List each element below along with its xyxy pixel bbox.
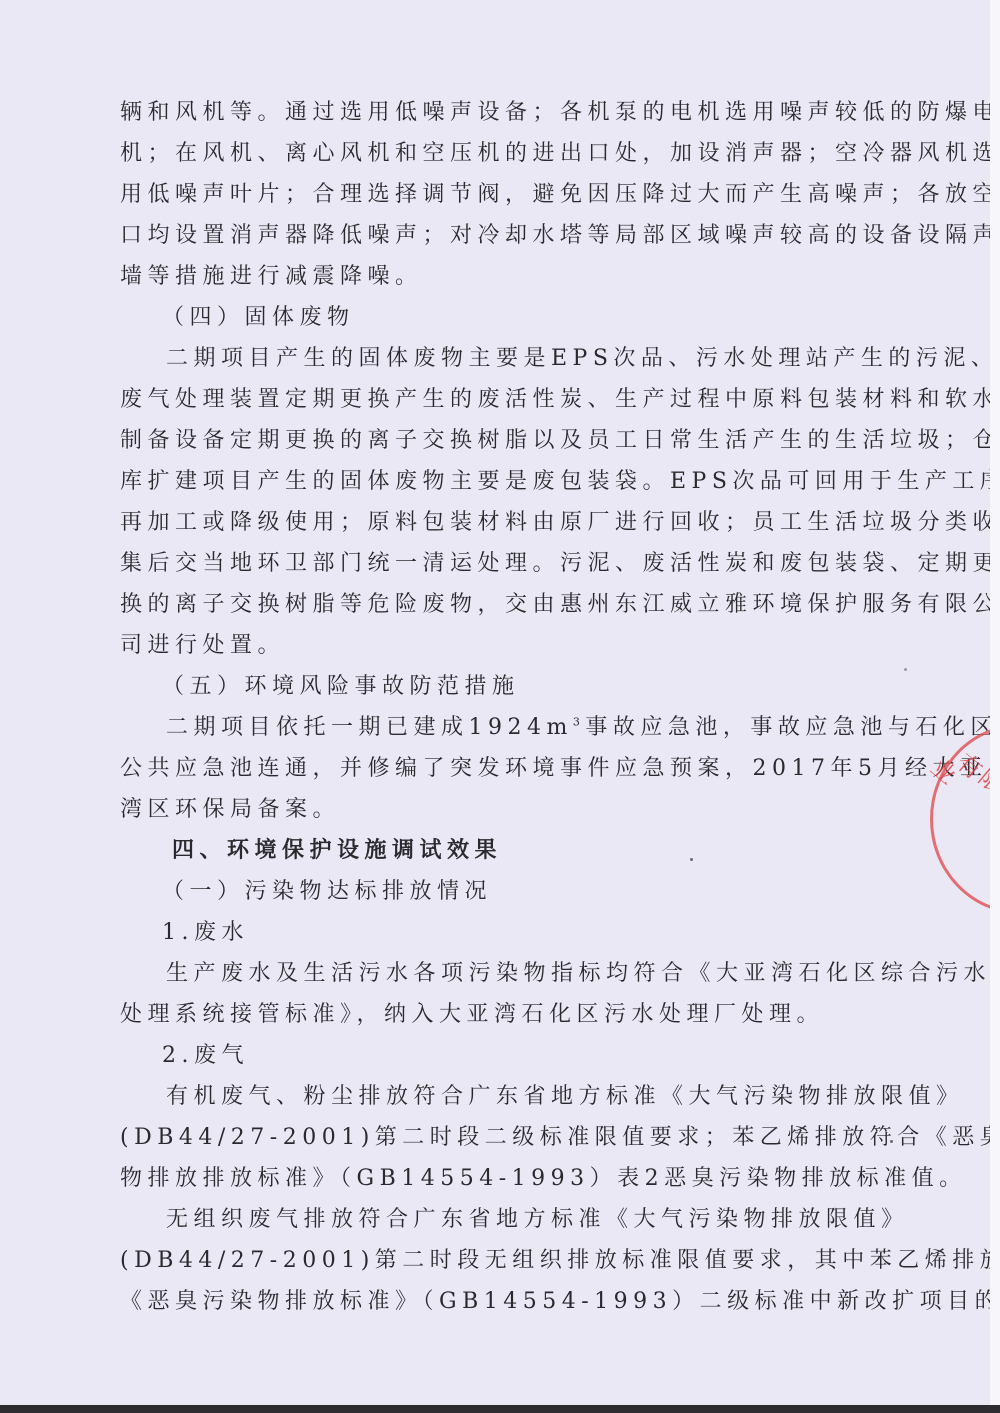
subsection-heading-wastewater: 1.废水 [120, 912, 862, 953]
body-line: (DB44/27-2001)第二时段二级标准限值要求；苯乙烯排放符合《恶臭污染 [120, 1117, 862, 1158]
body-line: 湾区环保局备案。 [120, 789, 862, 830]
body-line: 辆和风机等。通过选用低噪声设备；各机泵的电机选用噪声较低的防爆电 [120, 92, 862, 133]
subsection-heading-exhaust: 2.废气 [120, 1035, 862, 1076]
scan-speck [904, 668, 907, 671]
text-segment: 二期项目依托一期已建成1924m [166, 715, 573, 740]
paragraph-first-line: 有机废气、粉尘排放符合广东省地方标准《大气污染物排放限值》 [120, 1076, 862, 1117]
body-line: 司进行处置。 [120, 625, 862, 666]
body-line: 废气处理装置定期更换产生的废活性炭、生产过程中原料包装材料和软水 [120, 379, 862, 420]
section-heading-risk-prevention: （五）环境风险事故防范措施 [120, 666, 862, 707]
body-line: 库扩建项目产生的固体废物主要是废包装袋。EPS次品可回用于生产工序 [120, 461, 862, 502]
body-line: 再加工或降级使用；原料包装材料由原厂进行回收；员工生活垃圾分类收 [120, 502, 862, 543]
scan-speck [890, 1140, 893, 1143]
paragraph-first-line: 二期项目依托一期已建成1924m3事故应急池，事故应急池与石化区 [120, 707, 862, 748]
scan-edge-strip [990, 0, 1000, 1405]
paragraph-first-line: 无组织废气排放符合广东省地方标准《大气污染物排放限值》 [120, 1199, 862, 1240]
body-line: 用低噪声叶片；合理选择调节阀，避免因压降过大而产生高噪声；各放空 [120, 174, 862, 215]
body-line: 公共应急池连通，并修编了突发环境事件应急预案，2017年5月经大亚 [120, 748, 862, 789]
body-line: 物排放排放标准》（GB14554-1993）表2恶臭污染物排放标准值。 [120, 1158, 862, 1199]
scan-bottom-edge [0, 1405, 1000, 1413]
text-segment: 事故应急池，事故应急池与石化区 [585, 715, 998, 740]
superscript-unit: 3 [573, 716, 586, 729]
paragraph-first-line: 生产废水及生活污水各项污染物指标均符合《大亚湾石化区综合污水 [120, 953, 862, 994]
body-line: 《恶臭污染物排放标准》（GB14554-1993）二级标准中新改扩项目的标 [120, 1281, 862, 1322]
body-line: (DB44/27-2001)第二时段无组织排放标准限值要求，其中苯乙烯排放符合 [120, 1240, 862, 1281]
body-line: 口均设置消声器降低噪声；对冷却水塔等局部区域噪声较高的设备设隔声 [120, 215, 862, 256]
body-line: 机；在风机、离心风机和空压机的进出口处，加设消声器；空冷器风机选 [120, 133, 862, 174]
document-body: 辆和风机等。通过选用低噪声设备；各机泵的电机选用噪声较低的防爆电 机；在风机、离… [120, 92, 862, 1322]
body-line: 处理系统接管标准》，纳入大亚湾石化区污水处理厂处理。 [120, 994, 862, 1035]
scan-speck [690, 858, 693, 861]
body-line: 墙等措施进行减震降噪。 [120, 256, 862, 297]
body-line: 换的离子交换树脂等危险废物，交由惠州东江威立雅环境保护服务有限公 [120, 584, 862, 625]
body-line: 制备设备定期更换的离子交换树脂以及员工日常生活产生的生活垃圾；仓 [120, 420, 862, 461]
paragraph-first-line: 二期项目产生的固体废物主要是EPS次品、污水处理站产生的污泥、 [120, 338, 862, 379]
chapter-heading: 四、环境保护设施调试效果 [120, 830, 862, 871]
section-heading-solid-waste: （四）固体废物 [120, 297, 862, 338]
body-line: 集后交当地环卫部门统一清运处理。污泥、废活性炭和废包装袋、定期更 [120, 543, 862, 584]
scanned-page: 辆和风机等。通过选用低噪声设备；各机泵的电机选用噪声较低的防爆电 机；在风机、离… [0, 0, 990, 1405]
section-heading-emissions: （一）污染物达标排放情况 [120, 871, 862, 912]
